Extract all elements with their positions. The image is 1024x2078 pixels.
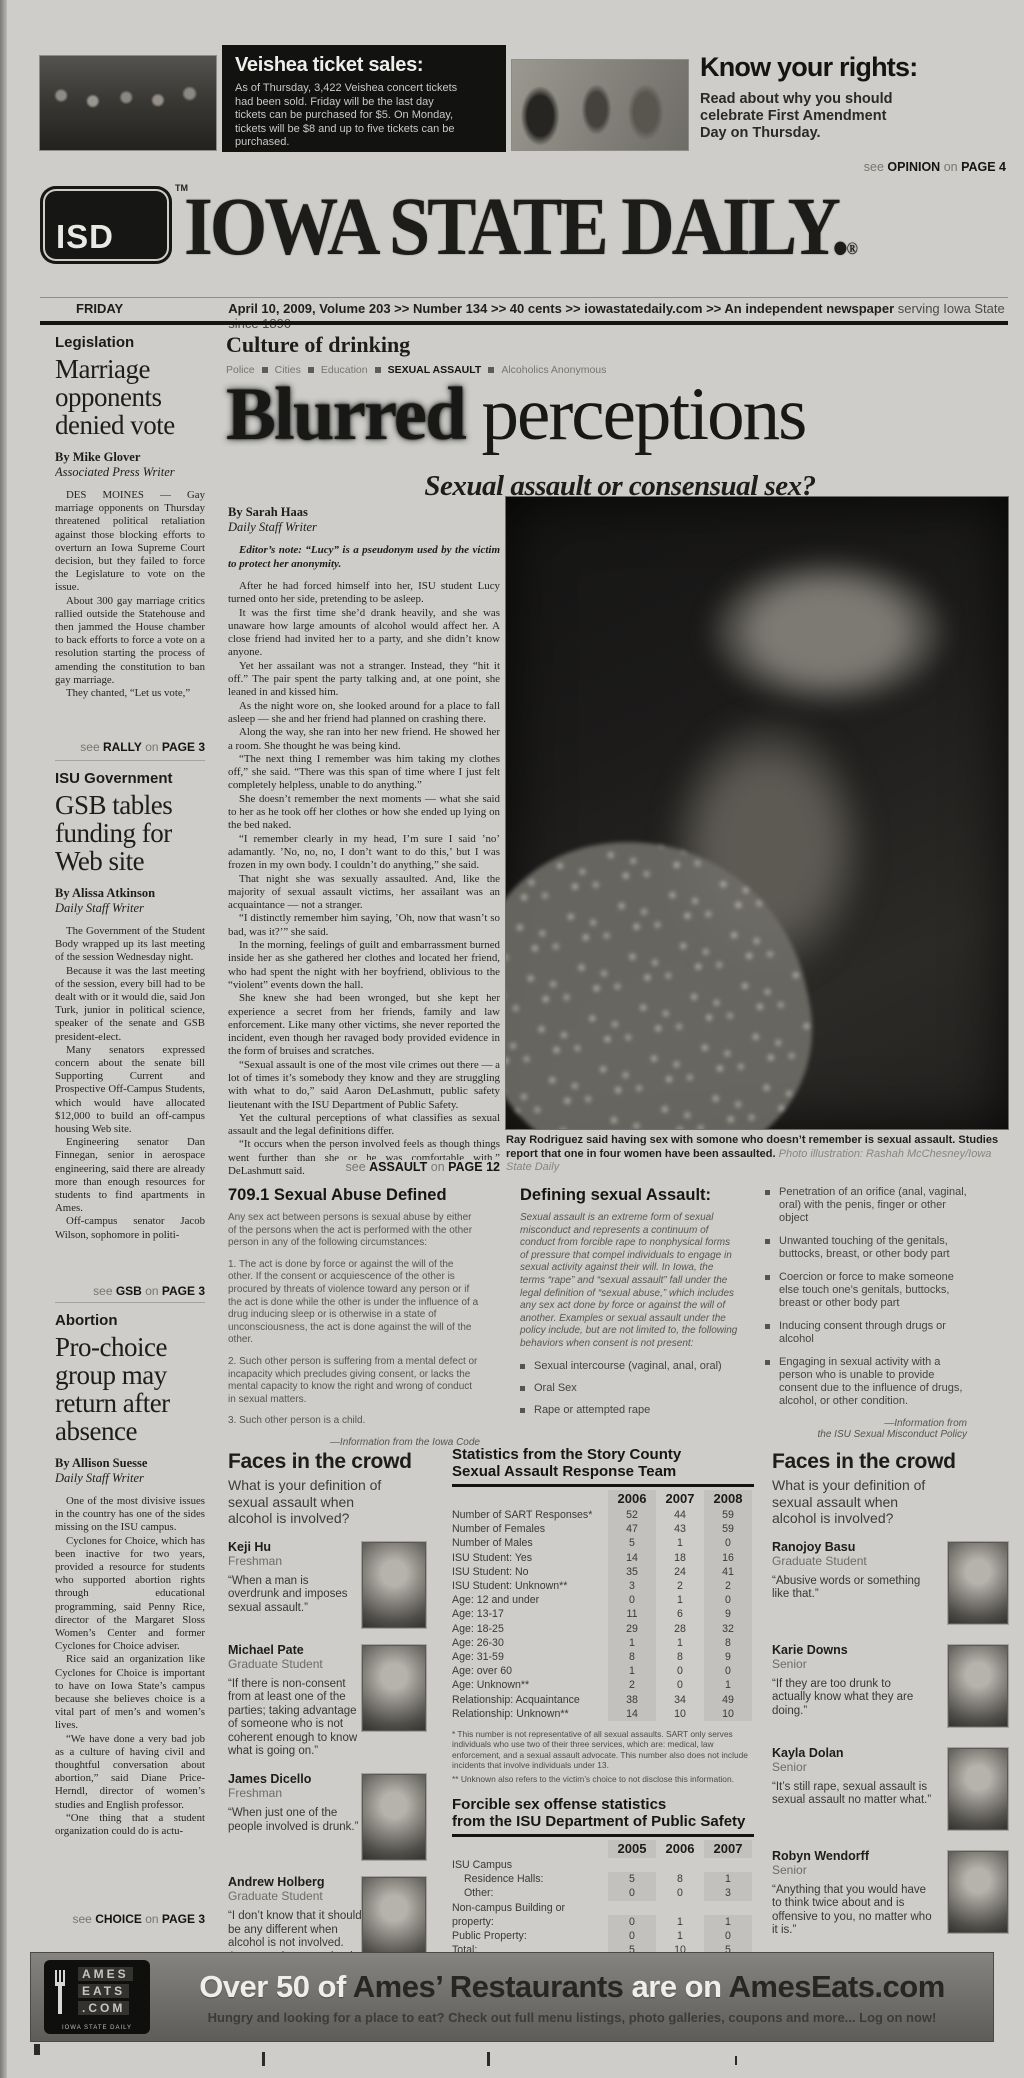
jump-see: see	[73, 1912, 96, 1926]
year-header: 2008	[704, 1490, 752, 1508]
paragraph: About 300 gay marriage critics rallied o…	[55, 595, 205, 687]
iowa-code-box: 709.1 Sexual Abuse Defined Any sex act b…	[228, 1186, 480, 1448]
isd-logo: ISD	[40, 186, 172, 264]
square-bullet-icon	[765, 1190, 770, 1195]
person-portrait-photo	[948, 1748, 1008, 1830]
jump-keyword: GSB	[116, 1284, 142, 1298]
square-bullet-icon	[765, 1360, 770, 1365]
square-bullet-icon	[520, 1408, 525, 1413]
jump-on: on	[142, 1912, 162, 1926]
faces-in-the-crowd-right: Faces in the crowd What is your definiti…	[772, 1450, 1008, 1939]
square-bullet-icon	[765, 1239, 770, 1244]
banner-subtext: Hungry and looking for a place to eat? C…	[150, 2010, 994, 2025]
jump-see: see	[80, 740, 103, 754]
main-photo-illustration	[506, 497, 1008, 1129]
dateline-info-bold: April 10, 2009, Volume 203 >> Number 134…	[228, 301, 894, 316]
table-row: Relationship: Acquaintance383449	[452, 1693, 754, 1707]
table-rule	[452, 1484, 754, 1487]
offense-table-block: Forcible sex offense statistics from the…	[452, 1796, 754, 1971]
dateline-day: FRIDAY	[76, 301, 123, 331]
table-row: Number of Males510	[452, 1536, 754, 1550]
bullet-item: Coercion or force to make someone else t…	[765, 1271, 967, 1310]
person-portrait-photo	[948, 1542, 1008, 1624]
person-entry: Ranojoy Basu Graduate Student “Abusive w…	[772, 1540, 1008, 1630]
table-row: Age: 12 and under010	[452, 1593, 754, 1607]
know-your-rights-body: Read about why you should celebrate Firs…	[700, 91, 915, 142]
jump-keyword: RALLY	[103, 740, 142, 754]
credit-line: —Information from	[765, 1418, 967, 1429]
table-row: Number of Females474359	[452, 1522, 754, 1536]
banner-part: Over 50 of	[199, 1969, 353, 2004]
offense-table-title: Forcible sex offense statistics	[452, 1796, 754, 1813]
article-headline: Marriage opponents denied vote	[55, 355, 205, 439]
rule-thick	[40, 321, 1008, 325]
first-amendment-photo	[512, 60, 688, 150]
photo-caption: Ray Rodriguez said having sex with somon…	[506, 1134, 1008, 1175]
person-portrait-photo	[362, 1774, 426, 1860]
sart-table: 200620072008 Number of SART Responses*52…	[452, 1490, 754, 1721]
scan-artifact	[487, 2052, 490, 2066]
person-portrait-photo	[362, 1645, 426, 1731]
headline-rest: perceptions	[465, 373, 805, 456]
know-your-rights-title: Know your rights:	[700, 52, 1006, 83]
band-photo	[40, 56, 216, 150]
person-quote: “When a man is overdrunk and imposes sex…	[228, 1575, 362, 1616]
article-byline: By Allison Suesse	[55, 1456, 205, 1471]
scan-artifact	[735, 2056, 737, 2065]
table-header-row: 200520062007	[452, 1840, 754, 1858]
paragraph: Yet her assailant was not a stranger. In…	[228, 660, 500, 700]
paragraph: One of the most divisive issues in the c…	[55, 1495, 205, 1535]
article-body: The Government of the Student Body wrapp…	[55, 925, 205, 1242]
table-rule	[452, 1834, 754, 1837]
article-byline-title: Daily Staff Writer	[55, 901, 205, 916]
person-portrait-photo	[362, 1877, 426, 1963]
bullet-item: Sexual intercourse (vaginal, anal, oral)	[520, 1360, 740, 1373]
paragraph: DES MOINES — Gay marriage opponents on T…	[55, 489, 205, 595]
code-item: 3. Such other person is a child.	[228, 1415, 480, 1428]
jump-keyword: CHOICE	[95, 1912, 142, 1926]
bullet-text: Coercion or force to make someone else t…	[779, 1271, 967, 1310]
table-row: Residence Halls:581	[452, 1872, 754, 1886]
publication-name: IOWA STATE DAILY.	[184, 181, 847, 273]
paragraph: “The next thing I remember was him takin…	[228, 753, 500, 793]
table-footnotes: * This number is not representative of a…	[452, 1729, 754, 1784]
table-row: ISU Student: Unknown**322	[452, 1579, 754, 1593]
jump-see: see	[346, 1160, 370, 1174]
veishea-title: Veishea ticket sales:	[235, 54, 493, 77]
paragraph: “Sexual assault is one of the most vile …	[228, 1059, 500, 1112]
veishea-body: As of Thursday, 3,422 Veishea concert ti…	[235, 82, 465, 150]
table-row: Number of SART Responses*524459	[452, 1508, 754, 1522]
person-text: Robyn Wendorff Senior “Anything that you…	[772, 1849, 932, 1938]
article-prochoice: Abortion Pro-choice group may return aft…	[55, 1312, 205, 1926]
scan-edge-shadow	[0, 0, 7, 2078]
logo-word: EATS	[78, 1984, 129, 1998]
table-row: Age: Unknown**201	[452, 1678, 754, 1692]
banner-headline: Over 50 of Ames’ Restaurants are on Ames…	[150, 1969, 994, 2005]
paragraph: That night she was sexually assaulted. A…	[228, 873, 500, 913]
table-row: Age: over 60100	[452, 1664, 754, 1678]
year-header: 2007	[704, 1840, 752, 1858]
box-intro: Sexual assault is an extreme form of sex…	[520, 1212, 740, 1351]
bullet-item: Engaging in sexual activity with a perso…	[765, 1356, 967, 1408]
table-row: Age: 26-30118	[452, 1636, 754, 1650]
bullet-item: Unwanted touching of the genitals, butto…	[765, 1235, 967, 1261]
table-row: Age: 13-171169	[452, 1607, 754, 1621]
jump-on: on	[142, 740, 162, 754]
square-bullet-icon	[520, 1386, 525, 1391]
box-title: Defining sexual Assault:	[520, 1186, 740, 1205]
defining-assault-box: Defining sexual Assault: Sexual assault …	[520, 1186, 740, 1417]
headline-blurred-word: Blurred	[226, 373, 465, 456]
section-kicker: Culture of drinking	[226, 332, 410, 358]
person-text: James Dicello Freshman “When just one of…	[228, 1772, 362, 1834]
gsb-jump-line: see GSB on PAGE 3	[85, 1284, 205, 1298]
person-text: Karie Downs Senior “If they are too drun…	[772, 1643, 932, 1719]
sart-table-title: Sexual Assault Response Team	[452, 1463, 754, 1480]
policy-bullets-box: Penetration of an orifice (anal, vaginal…	[765, 1186, 967, 1440]
jump-keyword: OPINION	[887, 160, 940, 174]
paragraph: The Government of the Student Body wrapp…	[55, 925, 205, 965]
paragraph: As the night wore on, she looked around …	[228, 700, 500, 727]
article-kicker: ISU Government	[55, 770, 205, 787]
person-text: Keji Hu Freshman “When a man is overdrun…	[228, 1540, 362, 1616]
table-row: Public Property:010	[452, 1929, 754, 1943]
paragraph: Many senators expressed concern about th…	[55, 1044, 205, 1136]
person-text: Kayla Dolan Senior “It’s still rape, sex…	[772, 1746, 932, 1808]
ameseats-ad-banner: AMES EATS .COM IOWA STATE DAILY Over 50 …	[30, 1952, 994, 2042]
article-byline: By Alissa Atkinson	[55, 886, 205, 901]
photo-figure	[708, 557, 948, 707]
table-row: ISU Student: No352441	[452, 1565, 754, 1579]
year-header: 2006	[656, 1840, 704, 1858]
logo-word: AMES	[78, 1967, 133, 1981]
jump-on: on	[142, 1284, 162, 1298]
story-byline: By Sarah Haas	[228, 505, 500, 520]
bullet-text: Sexual intercourse (vaginal, anal, oral)	[534, 1360, 722, 1373]
table-row: ISU Campus	[452, 1858, 754, 1872]
bullet-text: Inducing consent through drugs or alcoho…	[779, 1320, 967, 1346]
bullet-text: Rape or attempted rape	[534, 1404, 650, 1417]
footnote: * This number is not representative of a…	[452, 1729, 754, 1771]
person-portrait-photo	[362, 1542, 426, 1628]
jump-page: PAGE 12	[448, 1160, 500, 1174]
paragraph: She doesn’t remember the next moments — …	[228, 793, 500, 833]
paragraph: “We have done a very bad job as a cultur…	[55, 1733, 205, 1812]
table-row: Other:003	[452, 1886, 754, 1900]
box-body: Any sex act between persons is sexual ab…	[228, 1212, 480, 1428]
paragraph: In the morning, feelings of guilt and em…	[228, 939, 500, 992]
footnote: ** Unknown also refers to the victim’s c…	[452, 1774, 754, 1784]
rule-thin	[40, 297, 1008, 298]
code-item: 1. The act is done by force or against t…	[228, 1259, 480, 1347]
article-byline-title: Daily Staff Writer	[55, 1471, 205, 1486]
paragraph: “I remember clearly in my head, I’m sure…	[228, 833, 500, 873]
sidebar-divider	[55, 760, 205, 761]
bullet-text: Unwanted touching of the genitals, butto…	[779, 1235, 967, 1261]
person-name: Andrew Holberg	[228, 1875, 362, 1889]
article-body: One of the most divisive issues in the c…	[55, 1495, 205, 1838]
story-body: After he had forced himself into her, IS…	[228, 580, 500, 1175]
article-gsb: ISU Government GSB tables funding for We…	[55, 770, 205, 1298]
dateline-info: April 10, 2009, Volume 203 >> Number 134…	[228, 301, 1008, 331]
person-name: Kayla Dolan	[772, 1746, 932, 1760]
bullet-text: Oral Sex	[534, 1382, 577, 1395]
dateline: FRIDAY April 10, 2009, Volume 203 >> Num…	[40, 301, 1008, 331]
article-byline-title: Associated Press Writer	[55, 465, 205, 480]
person-portrait-photo	[948, 1645, 1008, 1727]
isd-logo-letters: ISD	[56, 218, 114, 256]
faces-title: Faces in the crowd	[772, 1450, 1008, 1474]
person-text: Michael Pate Graduate Student “If there …	[228, 1643, 362, 1760]
table-row: Age: 18-25292832	[452, 1622, 754, 1636]
person-name: Karie Downs	[772, 1643, 932, 1657]
table-header-row: 200620072008	[452, 1490, 754, 1508]
paragraph: Rice said an organization like Cyclones …	[55, 1653, 205, 1732]
person-portrait-photo	[948, 1851, 1008, 1933]
paragraph: “I distinctly remember him saying, ’Oh, …	[228, 912, 500, 939]
masthead-title: IOWA STATE DAILY.®	[184, 180, 858, 275]
article-kicker: Abortion	[55, 1312, 205, 1329]
paragraph: Because it was the last meeting of the s…	[55, 965, 205, 1044]
main-story-column: By Sarah Haas Daily Staff Writer Editor’…	[228, 505, 500, 1175]
person-role: Senior	[772, 1760, 932, 1774]
article-headline: GSB tables funding for Web site	[55, 791, 205, 875]
logo-word: .COM	[78, 2001, 129, 2015]
person-quote: “If they are too drunk to actually know …	[772, 1678, 932, 1719]
table-row: Age: 31-59889	[452, 1650, 754, 1664]
registered-symbol: ®	[847, 240, 858, 258]
sidebar-divider	[55, 1302, 205, 1303]
person-role: Senior	[772, 1657, 932, 1671]
story-byline-title: Daily Staff Writer	[228, 520, 500, 535]
box-credit: —Information from the Iowa Code	[228, 1437, 480, 1448]
editors-note-text: Editor’s note: “Lucy” is a pseudonym use…	[228, 544, 500, 571]
article-headline: Pro-choice group may return after absenc…	[55, 1333, 205, 1445]
main-headline: Blurred perceptions	[226, 374, 1016, 456]
jump-page: PAGE 3	[162, 1912, 205, 1926]
jump-page: PAGE 3	[162, 1284, 205, 1298]
jump-see: see	[93, 1284, 116, 1298]
paragraph: Cyclones for Choice, which has been inac…	[55, 1535, 205, 1654]
person-role: Graduate Student	[772, 1554, 932, 1568]
person-entry: James Dicello Freshman “When just one of…	[228, 1772, 426, 1862]
banner-website: AmesEats.com	[729, 1969, 945, 2004]
jump-page: PAGE 3	[162, 740, 205, 754]
person-role: Senior	[772, 1863, 932, 1877]
person-quote: “Abusive words or something like that.”	[772, 1575, 932, 1602]
banner-part: Ames’ Restaurants	[353, 1969, 624, 2004]
bullet-item: Rape or attempted rape	[520, 1404, 740, 1417]
box-intro-text: Sexual assault is an extreme form of sex…	[520, 1212, 740, 1351]
know-your-rights-teaser: Know your rights: Read about why you sho…	[700, 52, 1006, 142]
banner-text: Over 50 of Ames’ Restaurants are on Ames…	[150, 1969, 994, 2025]
article-body: DES MOINES — Gay marriage opponents on T…	[55, 489, 205, 700]
article-marriage: Legislation Marriage opponents denied vo…	[55, 334, 205, 754]
person-entry: Kayla Dolan Senior “It’s still rape, sex…	[772, 1746, 1008, 1836]
paragraph: Off-campus senator Jacob Wilson, sophomo…	[55, 1215, 205, 1241]
box-title: 709.1 Sexual Abuse Defined	[228, 1186, 480, 1205]
year-header: 2007	[656, 1490, 704, 1508]
paragraph: Yet the cultural perceptions of what cla…	[228, 1112, 500, 1139]
box-credit: —Information fromthe ISU Sexual Miscondu…	[765, 1418, 967, 1440]
person-entry: Robyn Wendorff Senior “Anything that you…	[772, 1849, 1008, 1939]
person-role: Freshman	[228, 1786, 362, 1800]
opinion-jump-line: see OPINION on PAGE 4	[756, 160, 1006, 174]
person-name: Ranojoy Basu	[772, 1540, 932, 1554]
person-name: Michael Pate	[228, 1643, 362, 1657]
paragraph: After he had forced himself into her, IS…	[228, 580, 500, 607]
code-item: 2. Such other person is suffering from a…	[228, 1356, 480, 1406]
person-quote: “If there is non-consent from at least o…	[228, 1678, 362, 1760]
paragraph: Along the way, she ran into her new frie…	[228, 726, 500, 753]
paragraph: They chanted, “Let us vote,”	[55, 687, 205, 700]
jump-page: PAGE 4	[961, 160, 1006, 174]
ameseats-logo: AMES EATS .COM IOWA STATE DAILY	[44, 1960, 150, 2034]
faces-question: What is your definition of sexual assaul…	[228, 1477, 400, 1527]
person-entry: Michael Pate Graduate Student “If there …	[228, 1643, 426, 1760]
year-header: 2005	[608, 1840, 656, 1858]
paragraph: She knew she had been wronged, but she k…	[228, 992, 500, 1058]
bullet-item: Penetration of an orifice (anal, vaginal…	[765, 1186, 967, 1225]
rally-jump-line: see RALLY on PAGE 3	[72, 740, 205, 754]
bullet-item: Inducing consent through drugs or alcoho…	[765, 1320, 967, 1346]
bullet-text: Penetration of an orifice (anal, vaginal…	[779, 1186, 967, 1225]
bullet-text: Engaging in sexual activity with a perso…	[779, 1356, 967, 1408]
paragraph: It was the first time she’d drank heavil…	[228, 607, 500, 660]
article-byline: By Mike Glover	[55, 450, 205, 465]
year-header: 2006	[608, 1490, 656, 1508]
faces-question: What is your definition of sexual assaul…	[772, 1477, 944, 1527]
person-name: Robyn Wendorff	[772, 1849, 932, 1863]
person-quote: “When just one of the people involved is…	[228, 1807, 362, 1834]
banner-part: are on	[623, 1969, 728, 2004]
person-quote: “Anything that you would have to think t…	[772, 1884, 932, 1938]
table-row: ISU Student: Yes141816	[452, 1551, 754, 1565]
square-bullet-icon	[765, 1324, 770, 1329]
person-quote: “It’s still rape, sexual assault is sexu…	[772, 1781, 932, 1808]
jump-see: see	[864, 160, 888, 174]
person-name: James Dicello	[228, 1772, 362, 1786]
person-role: Freshman	[228, 1554, 362, 1568]
assault-jump-line: see ASSAULT on PAGE 12	[336, 1160, 500, 1174]
person-entry: Keji Hu Freshman “When a man is overdrun…	[228, 1540, 426, 1630]
credit-line: the ISU Sexual Misconduct Policy	[765, 1429, 967, 1440]
jump-on: on	[940, 160, 961, 174]
editors-note: Editor’s note: “Lucy” is a pseudonym use…	[228, 544, 500, 571]
jump-on: on	[427, 1160, 448, 1174]
article-kicker: Legislation	[55, 334, 205, 351]
faces-title: Faces in the crowd	[228, 1450, 426, 1474]
person-role: Graduate Student	[228, 1889, 362, 1903]
logo-subtext: IOWA STATE DAILY	[44, 2025, 150, 2031]
jump-keyword: ASSAULT	[369, 1160, 427, 1174]
square-bullet-icon	[520, 1364, 525, 1369]
paragraph: “One thing that a student organization c…	[55, 1812, 205, 1838]
box-intro: Any sex act between persons is sexual ab…	[228, 1212, 480, 1250]
choice-jump-line: see CHOICE on PAGE 3	[65, 1912, 206, 1926]
sart-table-title: Statistics from the Story County	[452, 1446, 754, 1463]
newspaper-page: { "page": {"publication": "IOWA STATE DA…	[0, 0, 1024, 2078]
faces-in-the-crowd-left: Faces in the crowd What is your definiti…	[228, 1450, 426, 1978]
statistics-column: Statistics from the Story County Sexual …	[452, 1446, 754, 1972]
veishea-teaser-box: Veishea ticket sales: As of Thursday, 3,…	[222, 45, 506, 152]
fork-icon	[52, 1968, 72, 2016]
scan-artifact	[262, 2052, 265, 2066]
person-entry: Karie Downs Senior “If they are too drun…	[772, 1643, 1008, 1733]
paragraph: Engineering senator Dan Finnegan, senior…	[55, 1136, 205, 1215]
person-name: Keji Hu	[228, 1540, 362, 1554]
table-row: Relationship: Unknown**141010	[452, 1707, 754, 1721]
square-bullet-icon	[765, 1275, 770, 1280]
person-text: Ranojoy Basu Graduate Student “Abusive w…	[772, 1540, 932, 1602]
table-row: Non-campus Building or property:011	[452, 1901, 754, 1929]
offense-table-title: from the ISU Department of Public Safety	[452, 1813, 754, 1830]
scan-artifact	[34, 2044, 40, 2055]
person-role: Graduate Student	[228, 1657, 362, 1671]
bullet-item: Oral Sex	[520, 1382, 740, 1395]
